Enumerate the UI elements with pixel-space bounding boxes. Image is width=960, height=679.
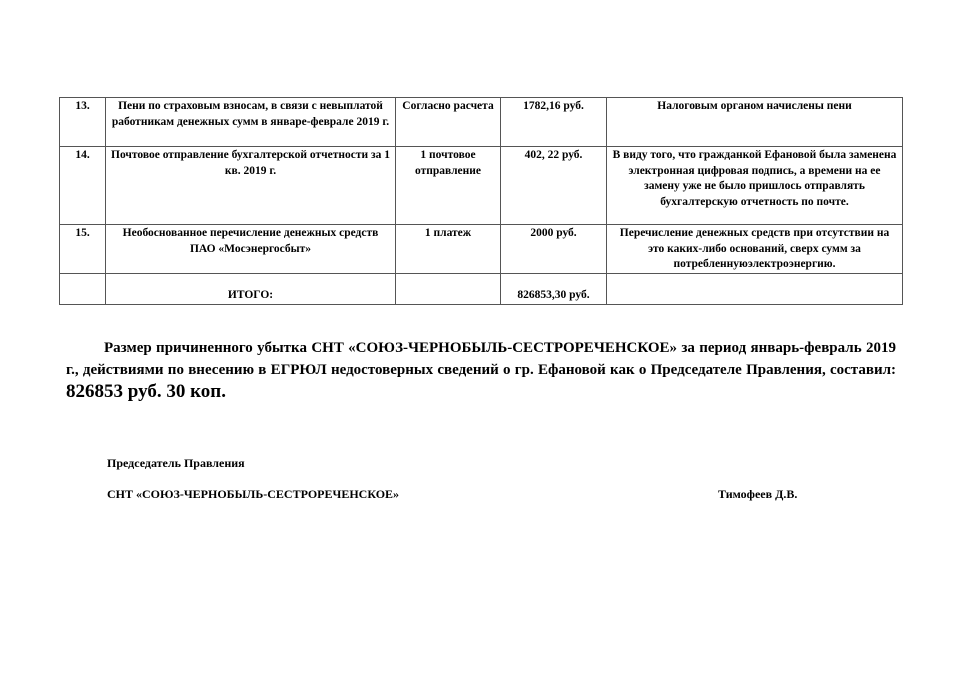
table-row: 14. Почтовое отправление бухгалтерской о… [60, 147, 903, 225]
signature-name: Тимофеев Д.В. [718, 487, 797, 502]
total-amount: 826853,30 руб. [501, 273, 607, 304]
total-empty-cell [60, 273, 106, 304]
summary-paragraph: Размер причиненного убытка СНТ «СОЮЗ-ЧЕР… [66, 337, 896, 404]
row-basis: Согласно расчета [396, 98, 501, 147]
summary-text: Размер причиненного убытка СНТ «СОЮЗ-ЧЕР… [66, 340, 896, 378]
signature-organization: СНТ «СОЮЗ-ЧЕРНОБЫЛЬ-СЕСТРОРЕЧЕНСКОЕ» [107, 487, 399, 502]
row-basis: 1 платеж [396, 225, 501, 274]
total-empty-cell [607, 273, 903, 304]
row-amount: 2000 руб. [501, 225, 607, 274]
summary-amount: 826853 руб. 30 коп. [66, 381, 226, 402]
row-number: 15. [60, 225, 106, 274]
row-number: 13. [60, 98, 106, 147]
row-number: 14. [60, 147, 106, 225]
row-amount: 402, 22 руб. [501, 147, 607, 225]
table-row: 13. Пени по страховым взносам, в связи с… [60, 98, 903, 147]
row-amount: 1782,16 руб. [501, 98, 607, 147]
signature-title: Председатель Правления [107, 456, 245, 471]
total-label: ИТОГО: [106, 273, 396, 304]
row-description: Почтовое отправление бухгалтерской отчет… [106, 147, 396, 225]
total-row: ИТОГО: 826853,30 руб. [60, 273, 903, 304]
table-row: 15. Необоснованное перечисление денежных… [60, 225, 903, 274]
row-description: Пени по страховым взносам, в связи с нев… [106, 98, 396, 147]
row-note: Налоговым органом начислены пени [607, 98, 903, 147]
total-empty-cell [396, 273, 501, 304]
row-description: Необоснованное перечисление денежных сре… [106, 225, 396, 274]
row-note: Перечисление денежных средств при отсутс… [607, 225, 903, 274]
row-note: В виду того, что гражданкой Ефановой был… [607, 147, 903, 225]
row-basis: 1 почтовое отправление [396, 147, 501, 225]
damages-table: 13. Пени по страховым взносам, в связи с… [59, 97, 903, 305]
